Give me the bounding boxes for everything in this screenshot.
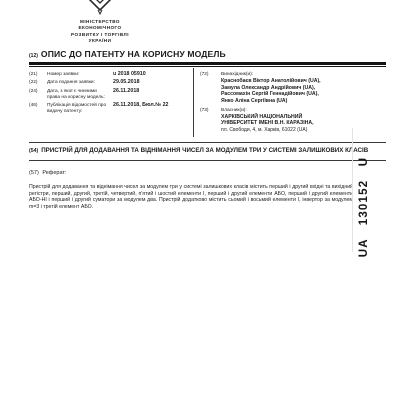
doc-type-label: ОПИС ДО ПАТЕНТУ НА КОРИСНУ МОДЕЛЬ: [41, 49, 226, 59]
invention-title-section: (54)ПРИСТРІЙ ДЛЯ ДОДАВАННЯ ТА ВІДНІМАННЯ…: [29, 147, 386, 161]
patent-document-page: МІНІСТЕРСТВО ЕКОНОМІЧНОГО РОЗВИТКУ І ТОР…: [0, 0, 400, 400]
owner-name: УНІВЕРСИТЕТ ІМЕНІ В.Н. КАРАЗІНА,: [221, 120, 386, 127]
header-rule-thick: [29, 62, 386, 65]
biblio-row-effective-date: (24) Дата, з якої є чинними права на кор…: [29, 89, 193, 101]
inid-code-24: (24): [29, 89, 47, 101]
biblio-label: Дата подання заявки:: [47, 80, 113, 86]
inid-code-12: (12): [29, 53, 38, 59]
owner-block: (73) Власник(и): ХАРКІВСЬКИЙ НАЦІОНАЛЬНИ…: [200, 108, 386, 134]
doc-type-heading: (12) ОПИС ДО ПАТЕНТУ НА КОРИСНУ МОДЕЛЬ: [29, 49, 226, 59]
ministry-emblem-icon: [84, 0, 116, 17]
abstract-heading-label: Реферат:: [42, 170, 66, 176]
invention-title: (54)ПРИСТРІЙ ДЛЯ ДОДАВАННЯ ТА ВІДНІМАННЯ…: [29, 147, 386, 156]
ministry-name: МІНІСТЕРСТВО ЕКОНОМІЧНОГО РОЗВИТКУ І ТОР…: [38, 19, 162, 44]
biblio-row-filing-date: (22) Дата подання заявки: 29.05.2018: [29, 80, 193, 86]
inid-code-54: (54): [29, 148, 38, 154]
owner-name: ХАРКІВСЬКИЙ НАЦІОНАЛЬНИЙ: [221, 114, 386, 121]
inventors-block: (72) Винахідник(и): Краснобаєв Віктор Ан…: [200, 72, 386, 104]
biblio-label: Дата, з якої є чинними права на корисну …: [47, 89, 113, 101]
inid-code-22: (22): [29, 80, 47, 86]
biblio-row-publication: (46) Публікація відомостей про видачу па…: [29, 103, 193, 115]
publication-info: 26.11.2018, Бюл.№ 22: [113, 103, 193, 115]
abstract-heading: (57) Реферат:: [29, 170, 66, 176]
effective-date: 26.11.2018: [113, 89, 193, 101]
inid-code-73: (73): [200, 108, 221, 134]
biblio-right-column: (72) Винахідник(и): Краснобаєв Віктор Ан…: [193, 68, 386, 137]
inid-code-21: (21): [29, 72, 47, 78]
biblio-label: Публікація відомостей про видачу патенту…: [47, 103, 113, 115]
patent-number-vertical: UA 130152 U: [358, 142, 374, 272]
filing-date: 29.05.2018: [113, 80, 193, 86]
invention-title-text: ПРИСТРІЙ ДЛЯ ДОДАВАННЯ ТА ВІДНІМАННЯ ЧИС…: [41, 147, 368, 154]
application-number: u 2018 05910: [113, 72, 193, 78]
inid-code-46: (46): [29, 103, 47, 115]
ministry-line: УКРАЇНИ: [38, 38, 162, 44]
bibliographic-section: (21) Номер заявки: u 2018 05910 (22) Дат…: [29, 68, 386, 143]
inventor-name: Рассомахін Сергій Геннадійович (UA),: [221, 91, 386, 98]
biblio-left-column: (21) Номер заявки: u 2018 05910 (22) Дат…: [29, 68, 193, 137]
owner-content: Власник(и): ХАРКІВСЬКИЙ НАЦІОНАЛЬНИЙ УНІ…: [221, 108, 386, 134]
inventors-content: Винахідник(и): Краснобаєв Віктор Анатолі…: [221, 72, 386, 104]
inventor-name: Янко Аліна Сергіївна (UA): [221, 98, 386, 105]
header-rule-thin: [29, 66, 386, 67]
inid-code-72: (72): [200, 72, 221, 104]
inid-code-57: (57): [29, 170, 39, 176]
scan-crease-line: [352, 128, 353, 252]
biblio-label: Номер заявки:: [47, 72, 113, 78]
biblio-row-application-number: (21) Номер заявки: u 2018 05910: [29, 72, 193, 78]
owner-address: пл. Свободи, 4, м. Харків, 61022 (UA): [221, 127, 386, 133]
inventor-name: Краснобаєв Віктор Анатолійович (UA),: [221, 78, 386, 85]
abstract-text: Пристрій для додавання та віднімання чис…: [29, 184, 353, 210]
